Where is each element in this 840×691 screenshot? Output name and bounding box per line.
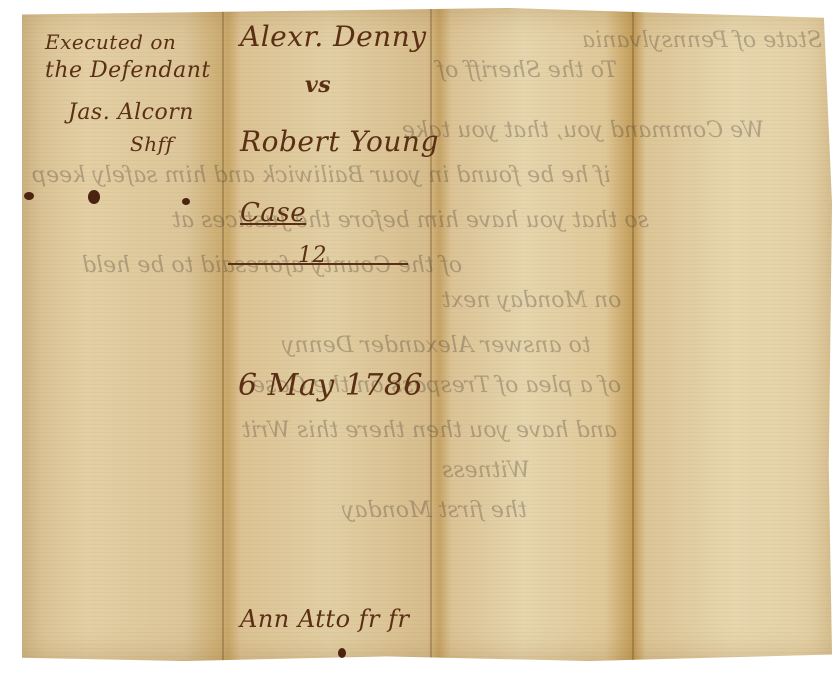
endorsement-sheriff-name: Jas. Alcorn: [68, 100, 194, 125]
docket-date: 6 May 1786: [238, 368, 423, 403]
bleed-through-line: We Command you, that you take: [402, 118, 764, 143]
versus-label: vs: [305, 72, 331, 98]
defendant-name: Robert Young: [240, 125, 439, 158]
bleed-through-line: State of Pennsylvania: [582, 28, 822, 53]
ink-blot: [24, 192, 34, 200]
ink-blot: [182, 198, 190, 205]
bleed-through-line: To the Sheriff of: [437, 58, 617, 83]
docket-footer: Ann Atto fr fr: [240, 605, 410, 633]
endorsement-defendant: the Defendant: [45, 58, 211, 83]
fold-line: [632, 8, 634, 661]
bleed-through-line: to answer Alexander Denny: [282, 333, 591, 358]
bleed-through-line: Witness: [442, 458, 530, 483]
bleed-through-line: on Monday next: [442, 288, 621, 313]
ink-blot: [88, 190, 100, 204]
plaintiff-name: Alexr. Denny: [240, 20, 427, 53]
fold-line: [222, 8, 224, 661]
bleed-through-line: of the County aforesaid to be held: [82, 253, 462, 278]
bleed-through-line: if he be found in your Bailiwick and him…: [32, 163, 611, 188]
endorsement-sheriff-title: Shff: [130, 132, 173, 156]
bleed-through-line: the first Monday: [342, 498, 527, 523]
docket-mark: 12: [298, 243, 327, 268]
endorsement-executed: Executed on: [45, 30, 176, 54]
bleed-through-line: and have you then there this Writ: [242, 418, 617, 443]
ink-blot: [338, 648, 346, 658]
action-type: Case: [240, 198, 306, 228]
